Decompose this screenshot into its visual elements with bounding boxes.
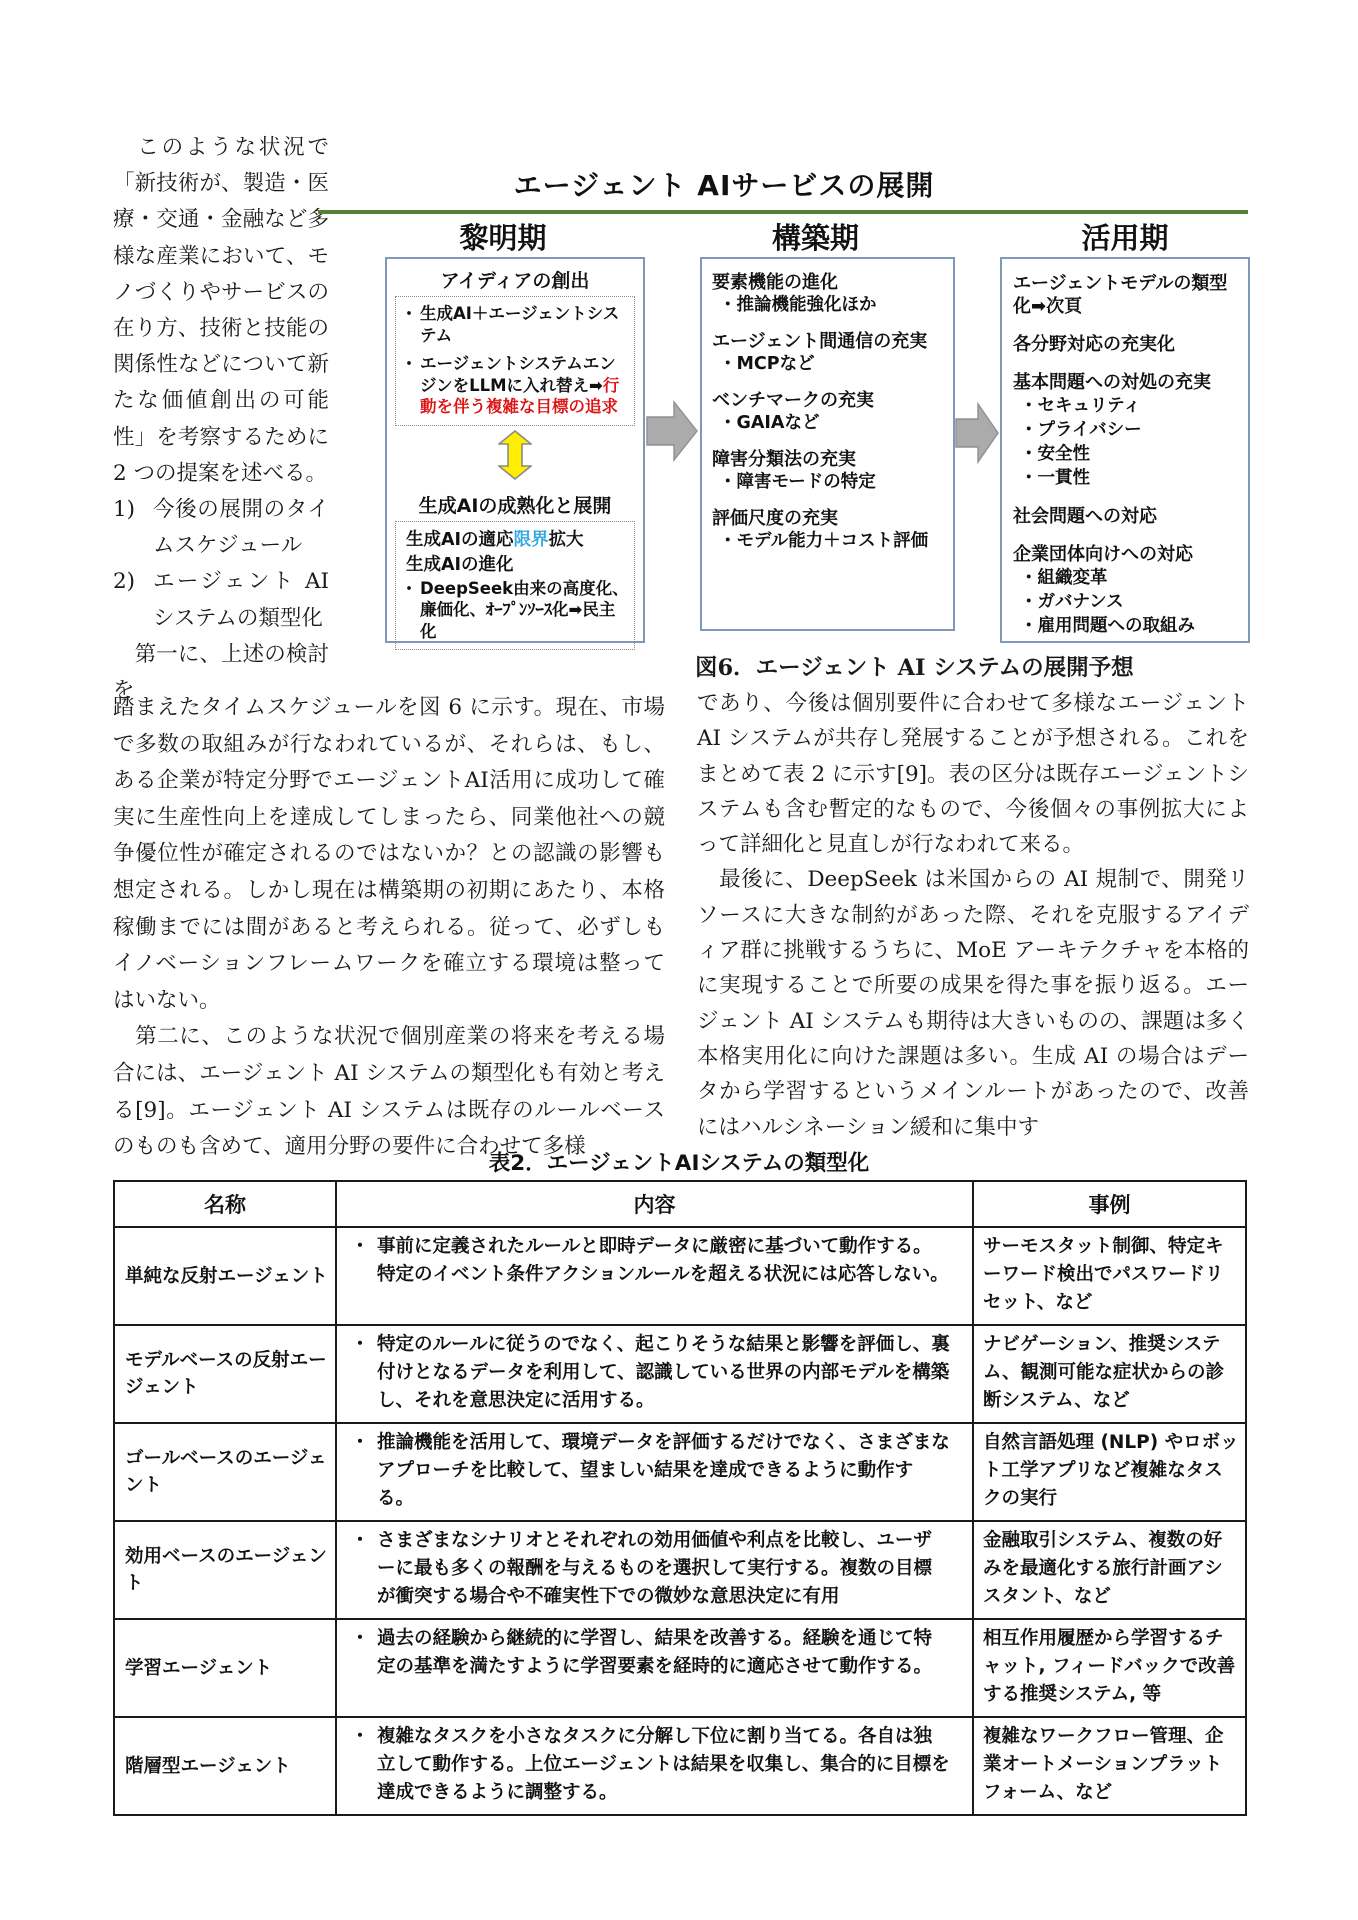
paragraph: 第二に、このような状況で個別産業の将来を考える場合には、エージェント AI シス… bbox=[113, 1019, 665, 1165]
green-rule bbox=[318, 210, 1248, 214]
agent-type-content: ・事前に定義されたルールと即時データに厳密に基づいて動作する。特定のイベント条件… bbox=[336, 1227, 973, 1325]
item-sub: ・セキュリティ bbox=[1013, 394, 1242, 418]
item-head: 基本問題への対処の充実 bbox=[1013, 371, 1242, 394]
bullet-icon: ・ bbox=[343, 1527, 377, 1611]
agent-type-name: 階層型エージェント bbox=[114, 1717, 336, 1815]
paragraph: であり、今後は個別要件に合わせて多様なエージェント AI システムが共存し発展す… bbox=[697, 686, 1249, 862]
agent-type-content: ・特定のルールに従うのでなく、起こりそうな結果と影響を評価し、裏付けとなるデータ… bbox=[336, 1325, 973, 1423]
header-name: 名称 bbox=[114, 1181, 336, 1227]
content-text: 事前に定義されたルールと即時データに厳密に基づいて動作する。特定のイベント条件ア… bbox=[377, 1233, 950, 1289]
agent-type-content: ・推論機能を活用して、環境データを評価するだけでなく、さまざまなアプローチを比較… bbox=[336, 1423, 973, 1521]
bullet-text: 生成AI＋エージェントシステム bbox=[420, 303, 629, 346]
list-text: 今後の展開のタイムスケジュール bbox=[153, 492, 329, 564]
figure-line: 生成AIの適応限界拡大 bbox=[398, 528, 629, 553]
agent-type-content: ・さまざまなシナリオとそれぞれの効用価値や利点を比較し、ユーザーに最も多くの報酬… bbox=[336, 1521, 973, 1619]
table-row: モデルベースの反射エージェント ・特定のルールに従うのでなく、起こりそうな結果と… bbox=[114, 1325, 1246, 1423]
line-text-blue: 限界 bbox=[514, 530, 549, 550]
bullet-icon: ・ bbox=[343, 1233, 377, 1289]
agent-type-name: ゴールベースのエージェント bbox=[114, 1423, 336, 1521]
agent-typology-table: 名称 内容 事例 単純な反射エージェント ・事前に定義されたルールと即時データに… bbox=[113, 1180, 1247, 1816]
bullet-icon: ・ bbox=[343, 1331, 377, 1415]
table-row: 単純な反射エージェント ・事前に定義されたルールと即時データに厳密に基づいて動作… bbox=[114, 1227, 1246, 1325]
figure-item: ベンチマークの充実 ・GAIAなど bbox=[712, 389, 947, 435]
agent-type-example: 複雑なワークフロー管理、企業オートメーションプラットフォーム、など bbox=[973, 1717, 1246, 1815]
item-head: 評価尺度の充実 bbox=[712, 507, 947, 530]
item-head: 社会問題への対応 bbox=[1013, 505, 1242, 528]
figure-caption: 図6．エージェント AI システムの展開予想 bbox=[695, 650, 1134, 682]
header-example: 事例 bbox=[973, 1181, 1246, 1227]
bullet-text: エージェントシステムエンジンをLLMに入れ替え➡行動を伴う複雑な目標の追求 bbox=[420, 353, 629, 418]
figure-item: 基本問題への対処の充実 ・セキュリティ ・プライバシー ・安全性 ・一貫性 bbox=[1013, 371, 1242, 490]
agent-type-name: 効用ベースのエージェント bbox=[114, 1521, 336, 1619]
agent-type-example: 相互作用履歴から学習するチャット, フィードバックで改善する推奨システム, 等 bbox=[973, 1619, 1246, 1717]
line-text-black: 生成AIの適応 bbox=[406, 530, 514, 550]
paragraph: 踏まえたタイムスケジュールを図 6 に示す。現在、市場で多数の取組みが行なわれて… bbox=[113, 690, 665, 1019]
bullet-icon: ・ bbox=[398, 353, 420, 418]
figure-item: 企業団体向けへの対応 ・組織変革 ・ガバナンス ・雇用問題への取組み bbox=[1013, 543, 1242, 638]
updown-arrow-icon bbox=[387, 428, 643, 484]
table-row: 学習エージェント ・過去の経験から継続的に学習し、結果を改善する。経験を通じて特… bbox=[114, 1619, 1246, 1717]
agent-type-example: サーモスタット制御、特定キーワード検出でパスワードリセット、など bbox=[973, 1227, 1246, 1325]
content-text: さまざまなシナリオとそれぞれの効用価値や利点を比較し、ユーザーに最も多くの報酬を… bbox=[377, 1527, 950, 1611]
content-text: 過去の経験から継続的に学習し、結果を改善する。経験を通じて特定の基準を満たすよう… bbox=[377, 1625, 950, 1681]
content-text: 特定のルールに従うのでなく、起こりそうな結果と影響を評価し、裏付けとなるデータを… bbox=[377, 1331, 950, 1415]
item-sub: ・雇用問題への取組み bbox=[1013, 614, 1242, 638]
agent-type-name: 学習エージェント bbox=[114, 1619, 336, 1717]
bullet-text: DeepSeek由来の高度化、廉価化、ｵｰﾌﾟﾝｿｰｽ化➡民主化 bbox=[420, 578, 629, 643]
figure-item: 各分野対応の充実化 bbox=[1013, 333, 1242, 356]
list-number: 1) bbox=[113, 492, 153, 564]
item-head: エージェントモデルの類型化➡次頁 bbox=[1013, 272, 1242, 318]
table-header-row: 名称 内容 事例 bbox=[114, 1181, 1246, 1227]
agent-type-name: モデルベースの反射エージェント bbox=[114, 1325, 336, 1423]
dotted-group: 生成AIの適応限界拡大 生成AIの進化 ・ DeepSeek由来の高度化、廉価化… bbox=[395, 521, 635, 651]
bullet-item: ・ DeepSeek由来の高度化、廉価化、ｵｰﾌﾟﾝｿｰｽ化➡民主化 bbox=[398, 578, 629, 643]
section-head: 生成AIの成熟化と展開 bbox=[387, 491, 643, 518]
list-number: 2) bbox=[113, 564, 153, 636]
list-item: 2) エージェント AI システムの類型化 bbox=[113, 564, 329, 636]
body-column-left: 踏まえたタイムスケジュールを図 6 に示す。現在、市場で多数の取組みが行なわれて… bbox=[113, 690, 665, 1166]
agent-type-example: 金融取引システム、複数の好みを最適化する旅行計画アシスタント、など bbox=[973, 1521, 1246, 1619]
table-title: 表2．エージェントAIシステムの類型化 bbox=[113, 1146, 1245, 1177]
paragraph: 最後に、DeepSeek は米国からの AI 規制で、開発リソースに大きな制約が… bbox=[697, 862, 1249, 1144]
agent-type-content: ・過去の経験から継続的に学習し、結果を改善する。経験を通じて特定の基準を満たすよ… bbox=[336, 1619, 973, 1717]
line-text-black: 拡大 bbox=[549, 530, 584, 550]
item-head: 各分野対応の充実化 bbox=[1013, 333, 1242, 356]
item-sub: ・安全性 bbox=[1013, 442, 1242, 466]
agent-type-example: 自然言語処理 (NLP) やロボット工学アプリなど複雑なタスクの実行 bbox=[973, 1423, 1246, 1521]
item-head: ベンチマークの充実 bbox=[712, 389, 947, 412]
item-head: 要素機能の進化 bbox=[712, 271, 947, 294]
item-sub: ・GAIAなど bbox=[712, 412, 947, 435]
bullet-icon: ・ bbox=[343, 1429, 377, 1513]
section-head: アイディアの創出 bbox=[387, 266, 643, 293]
phase-header-dawn: 黎明期 bbox=[373, 216, 633, 257]
dotted-group: ・ 生成AI＋エージェントシステム ・ エージェントシステムエンジンをLLMに入… bbox=[395, 296, 635, 426]
phase-header-build: 構築期 bbox=[688, 216, 943, 257]
intro-column: このような状況で「新技術が、製造・医療・交通・金融など多様な産業において、モノづ… bbox=[113, 130, 329, 709]
figure-item: エージェント間通信の充実 ・MCPなど bbox=[712, 330, 947, 376]
item-sub: ・プライバシー bbox=[1013, 418, 1242, 442]
figure-item: 評価尺度の充実 ・モデル能力＋コスト評価 bbox=[712, 507, 947, 553]
paper-page: このような状況で「新技術が、製造・医療・交通・金融など多様な産業において、モノづ… bbox=[0, 0, 1358, 1920]
agent-type-name: 単純な反射エージェント bbox=[114, 1227, 336, 1325]
item-head: エージェント間通信の充実 bbox=[712, 330, 947, 353]
figure-title: エージェント AIサービスの展開 bbox=[318, 164, 1130, 204]
bullet-icon: ・ bbox=[398, 303, 420, 346]
phase-box-build: 要素機能の進化 ・推論機能強化ほか エージェント間通信の充実 ・MCPなど ベン… bbox=[700, 257, 955, 631]
item-head: 企業団体向けへの対応 bbox=[1013, 543, 1242, 566]
bullet-item: ・ エージェントシステムエンジンをLLMに入れ替え➡行動を伴う複雑な目標の追求 bbox=[398, 353, 629, 418]
list-text: エージェント AI システムの類型化 bbox=[153, 564, 329, 636]
item-head: 障害分類法の充実 bbox=[712, 448, 947, 471]
figure-item: 社会問題への対応 bbox=[1013, 505, 1242, 528]
table-row: 効用ベースのエージェント ・さまざまなシナリオとそれぞれの効用価値や利点を比較し… bbox=[114, 1521, 1246, 1619]
bullet-icon: ・ bbox=[398, 578, 420, 643]
bullet-icon: ・ bbox=[343, 1625, 377, 1681]
list-item: 1) 今後の展開のタイムスケジュール bbox=[113, 492, 329, 564]
header-content: 内容 bbox=[336, 1181, 973, 1227]
table-row: ゴールベースのエージェント ・推論機能を活用して、環境データを評価するだけでなく… bbox=[114, 1423, 1246, 1521]
phase-box-utilize: エージェントモデルの類型化➡次頁 各分野対応の充実化 基本問題への対処の充実 ・… bbox=[1000, 257, 1250, 643]
item-sub: ・推論機能強化ほか bbox=[712, 294, 947, 317]
figure-item: 障害分類法の充実 ・障害モードの特定 bbox=[712, 448, 947, 494]
phase-box-dawn: アイディアの創出 ・ 生成AI＋エージェントシステム ・ エージェントシステムエ… bbox=[385, 257, 645, 643]
flow-arrow-right-icon bbox=[955, 400, 999, 470]
intro-paragraph: このような状況で「新技術が、製造・医療・交通・金融など多様な産業において、モノづ… bbox=[113, 135, 329, 486]
item-sub: ・MCPなど bbox=[712, 353, 947, 376]
flow-arrow-right-icon bbox=[646, 398, 698, 468]
body-column-right: であり、今後は個別要件に合わせて多様なエージェント AI システムが共存し発展す… bbox=[697, 686, 1249, 1145]
item-sub: ・障害モードの特定 bbox=[712, 471, 947, 494]
agent-type-example: ナビゲーション、推奨システム、観測可能な症状からの診断システム、など bbox=[973, 1325, 1246, 1423]
content-text: 複雑なタスクを小さなタスクに分解し下位に割り当てる。各自は独立して動作する。上位… bbox=[377, 1723, 950, 1807]
agent-type-content: ・複雑なタスクを小さなタスクに分解し下位に割り当てる。各自は独立して動作する。上… bbox=[336, 1717, 973, 1815]
item-sub: ・モデル能力＋コスト評価 bbox=[712, 530, 947, 553]
content-text: 推論機能を活用して、環境データを評価するだけでなく、さまざまなアプローチを比較し… bbox=[377, 1429, 950, 1513]
figure-line: 生成AIの進化 bbox=[398, 553, 629, 578]
phase-header-utilize: 活用期 bbox=[1000, 216, 1250, 257]
item-sub: ・ガバナンス bbox=[1013, 590, 1242, 614]
figure-agent-ai-service-roadmap: エージェント AIサービスの展開 黎明期 構築期 活用期 アイディアの創出 ・ … bbox=[318, 138, 1248, 645]
bullet-icon: ・ bbox=[343, 1723, 377, 1807]
bullet-item: ・ 生成AI＋エージェントシステム bbox=[398, 303, 629, 346]
table-row: 階層型エージェント ・複雑なタスクを小さなタスクに分解し下位に割り当てる。各自は… bbox=[114, 1717, 1246, 1815]
bullet-text-black: エージェントシステムエンジンをLLMに入れ替え➡ bbox=[420, 354, 616, 395]
intro-list: 1) 今後の展開のタイムスケジュール 2) エージェント AI システムの類型化 bbox=[113, 492, 329, 637]
item-sub: ・組織変革 bbox=[1013, 566, 1242, 590]
item-sub: ・一貫性 bbox=[1013, 466, 1242, 490]
figure-item: 要素機能の進化 ・推論機能強化ほか bbox=[712, 271, 947, 317]
figure-item: エージェントモデルの類型化➡次頁 bbox=[1013, 272, 1242, 318]
